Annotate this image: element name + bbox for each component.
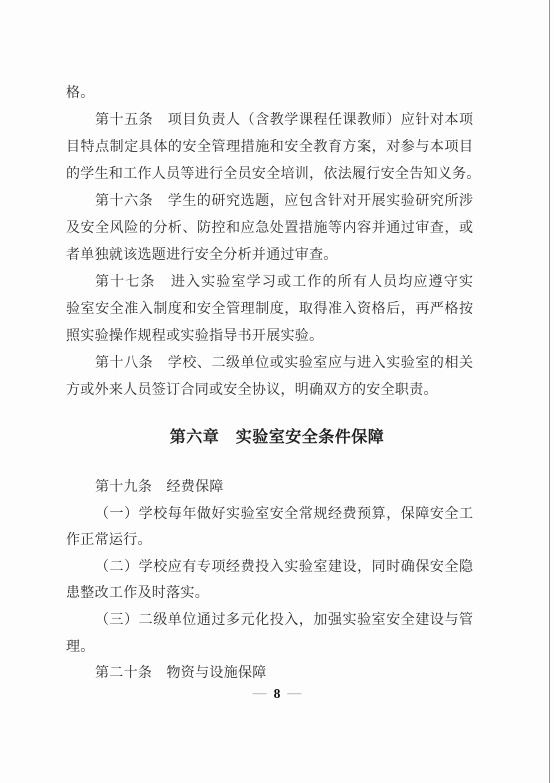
body-line: 方或外来人员签订合同或安全协议，明确双方的安全职责。	[66, 377, 473, 404]
page-number-dash: —	[253, 686, 267, 702]
body-line: 及安全风险的分析、防控和应急处置措施等内容并通过审查，或	[66, 215, 473, 242]
body-line: 第十九条 经费保障	[66, 475, 473, 502]
body-text-block-upper: 格。 第十五条 项目负责人（含教学课程任课教师）应针对本项 目特点制定具体的安全…	[66, 80, 473, 404]
body-line: （二）学校应有专项经费投入实验室建设，同时确保安全隐	[66, 555, 473, 582]
body-line: 第十六条 学生的研究选题，应包含针对开展实验研究所涉	[66, 188, 473, 215]
body-line: 格。	[66, 80, 473, 107]
body-line: 第十五条 项目负责人（含教学课程任课教师）应针对本项	[66, 107, 473, 134]
page-number-value: 8	[274, 686, 281, 702]
scan-edge-line	[549, 0, 550, 783]
page-number: — 8 —	[0, 686, 554, 702]
body-line: 第十七条 进入实验室学习或工作的所有人员均应遵守实	[66, 269, 473, 296]
page-number-dash: —	[287, 686, 301, 702]
body-line: 者单独就该选题进行安全分析并通过审查。	[66, 242, 473, 269]
body-line: 目特点制定具体的安全管理措施和安全教育方案，对参与本项目	[66, 134, 473, 161]
body-line: 第二十条 物资与设施保障	[66, 661, 473, 688]
body-line: 理。	[66, 635, 473, 662]
body-line: （三）二级单位通过多元化投入，加强实验室安全建设与管	[66, 608, 473, 635]
document-page: 格。 第十五条 项目负责人（含教学课程任课教师）应针对本项 目特点制定具体的安全…	[0, 0, 554, 783]
body-line: 照实验操作规程或实验指导书开展实验。	[66, 323, 473, 350]
body-line: 验室安全准入制度和安全管理制度，取得准入资格后，再严格按	[66, 296, 473, 323]
body-line: （一）学校每年做好实验室安全常规经费预算，保障安全工	[66, 502, 473, 529]
body-line: 的学生和工作人员等进行全员安全培训，依法履行安全告知义务。	[66, 161, 473, 188]
body-text-block-lower: 第十九条 经费保障 （一）学校每年做好实验室安全常规经费预算，保障安全工 作正常…	[66, 475, 473, 688]
body-line: 第十八条 学校、二级单位或实验室应与进入实验室的相关	[66, 350, 473, 377]
chapter-heading: 第六章 实验室安全条件保障	[0, 423, 554, 453]
body-line: 作正常运行。	[66, 528, 473, 555]
body-line: 患整改工作及时落实。	[66, 581, 473, 608]
